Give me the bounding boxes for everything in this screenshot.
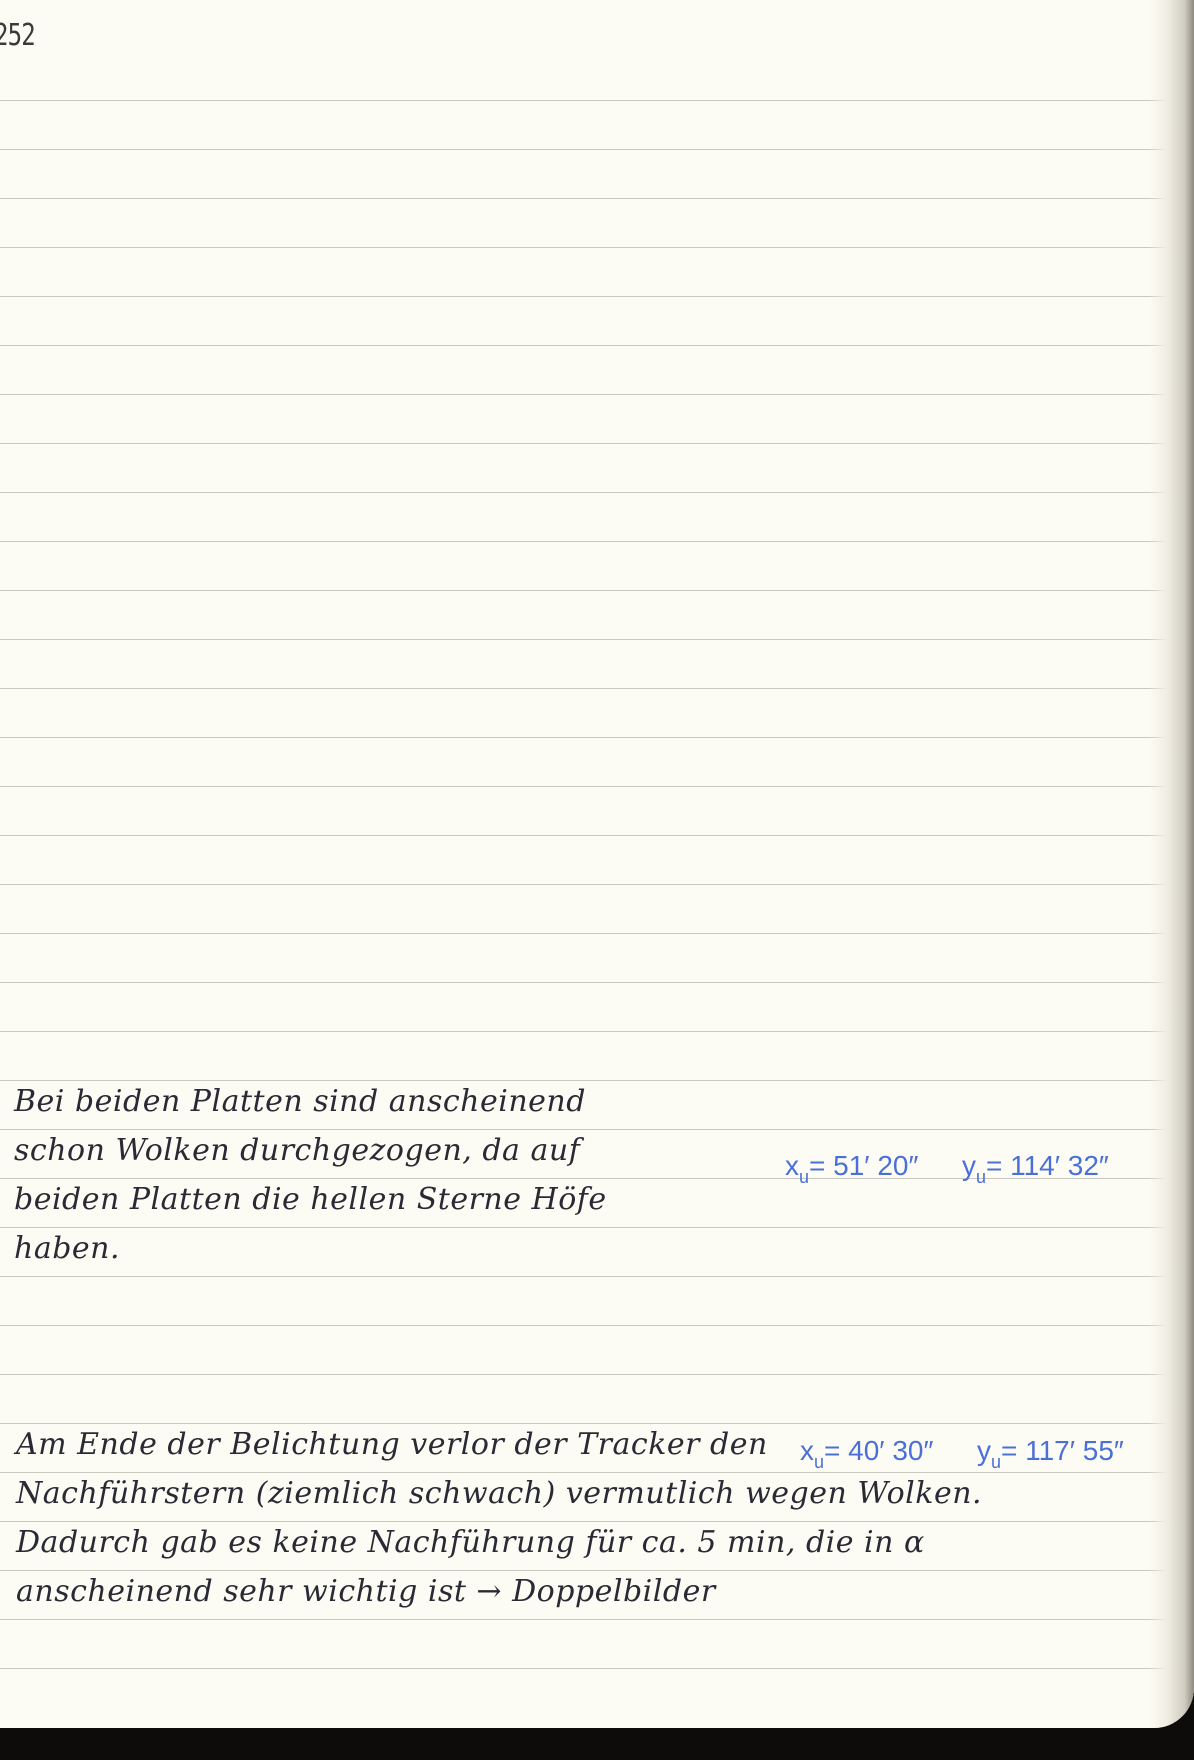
ruled-line	[0, 149, 1194, 150]
ruled-line	[0, 443, 1194, 444]
note-line: schon Wolken durchgezogen, da auf	[14, 1126, 607, 1175]
note-line: Dadurch gab es keine Nachführung für ca.…	[16, 1518, 982, 1567]
page-edge-shadow	[1148, 0, 1194, 1728]
note-line: haben.	[14, 1224, 607, 1273]
coordinates-plate-1: xu= 51′ 20″ yu= 114′ 32″	[785, 1150, 1109, 1188]
ruled-line	[0, 100, 1194, 101]
y-value: = 114′ 32″	[986, 1150, 1109, 1181]
x-value: = 51′ 20″	[809, 1150, 918, 1181]
note-line: Nachführstern (ziemlich schwach) vermutl…	[16, 1469, 982, 1518]
ruled-line	[0, 541, 1194, 542]
ruled-line	[0, 639, 1194, 640]
ruled-line	[0, 247, 1194, 248]
ruled-line	[0, 1276, 1194, 1277]
y-label: y	[962, 1150, 976, 1181]
x-label: x	[785, 1150, 799, 1181]
ruled-line	[0, 884, 1194, 885]
y-value: = 117′ 55″	[1001, 1435, 1124, 1466]
x-subscript: u	[814, 1452, 824, 1472]
x-label: x	[800, 1435, 814, 1466]
note-clouds-halos: Bei beiden Platten sind anscheinend scho…	[14, 1077, 607, 1273]
y-label: y	[977, 1435, 991, 1466]
ruled-line	[0, 492, 1194, 493]
ruled-line	[0, 737, 1194, 738]
y-subscript: u	[976, 1167, 986, 1187]
x-subscript: u	[799, 1167, 809, 1187]
notebook-page: 252 Bei beiden Platten sind anscheinend …	[0, 0, 1194, 1728]
page-number: 252	[0, 18, 35, 53]
ruled-line	[0, 296, 1194, 297]
ruled-line	[0, 1031, 1194, 1032]
ruled-line	[0, 198, 1194, 199]
ruled-line	[0, 1619, 1194, 1620]
ruled-line	[0, 394, 1194, 395]
ruled-line	[0, 1374, 1194, 1375]
ruled-line	[0, 688, 1194, 689]
note-line: Bei beiden Platten sind anscheinend	[14, 1077, 607, 1126]
ruled-line	[0, 982, 1194, 983]
ruled-line	[0, 345, 1194, 346]
ruled-line	[0, 1668, 1194, 1669]
ruled-line	[0, 1325, 1194, 1326]
note-line: anscheinend sehr wichtig ist → Doppelbil…	[16, 1567, 982, 1616]
note-line: beiden Platten die hellen Sterne Höfe	[14, 1175, 607, 1224]
coordinates-plate-2: xu= 40′ 30″ yu= 117′ 55″	[800, 1435, 1124, 1473]
y-subscript: u	[991, 1452, 1001, 1472]
x-value: = 40′ 30″	[824, 1435, 933, 1466]
ruled-line	[0, 786, 1194, 787]
ruled-line	[0, 590, 1194, 591]
ruled-line	[0, 933, 1194, 934]
ruled-line	[0, 835, 1194, 836]
